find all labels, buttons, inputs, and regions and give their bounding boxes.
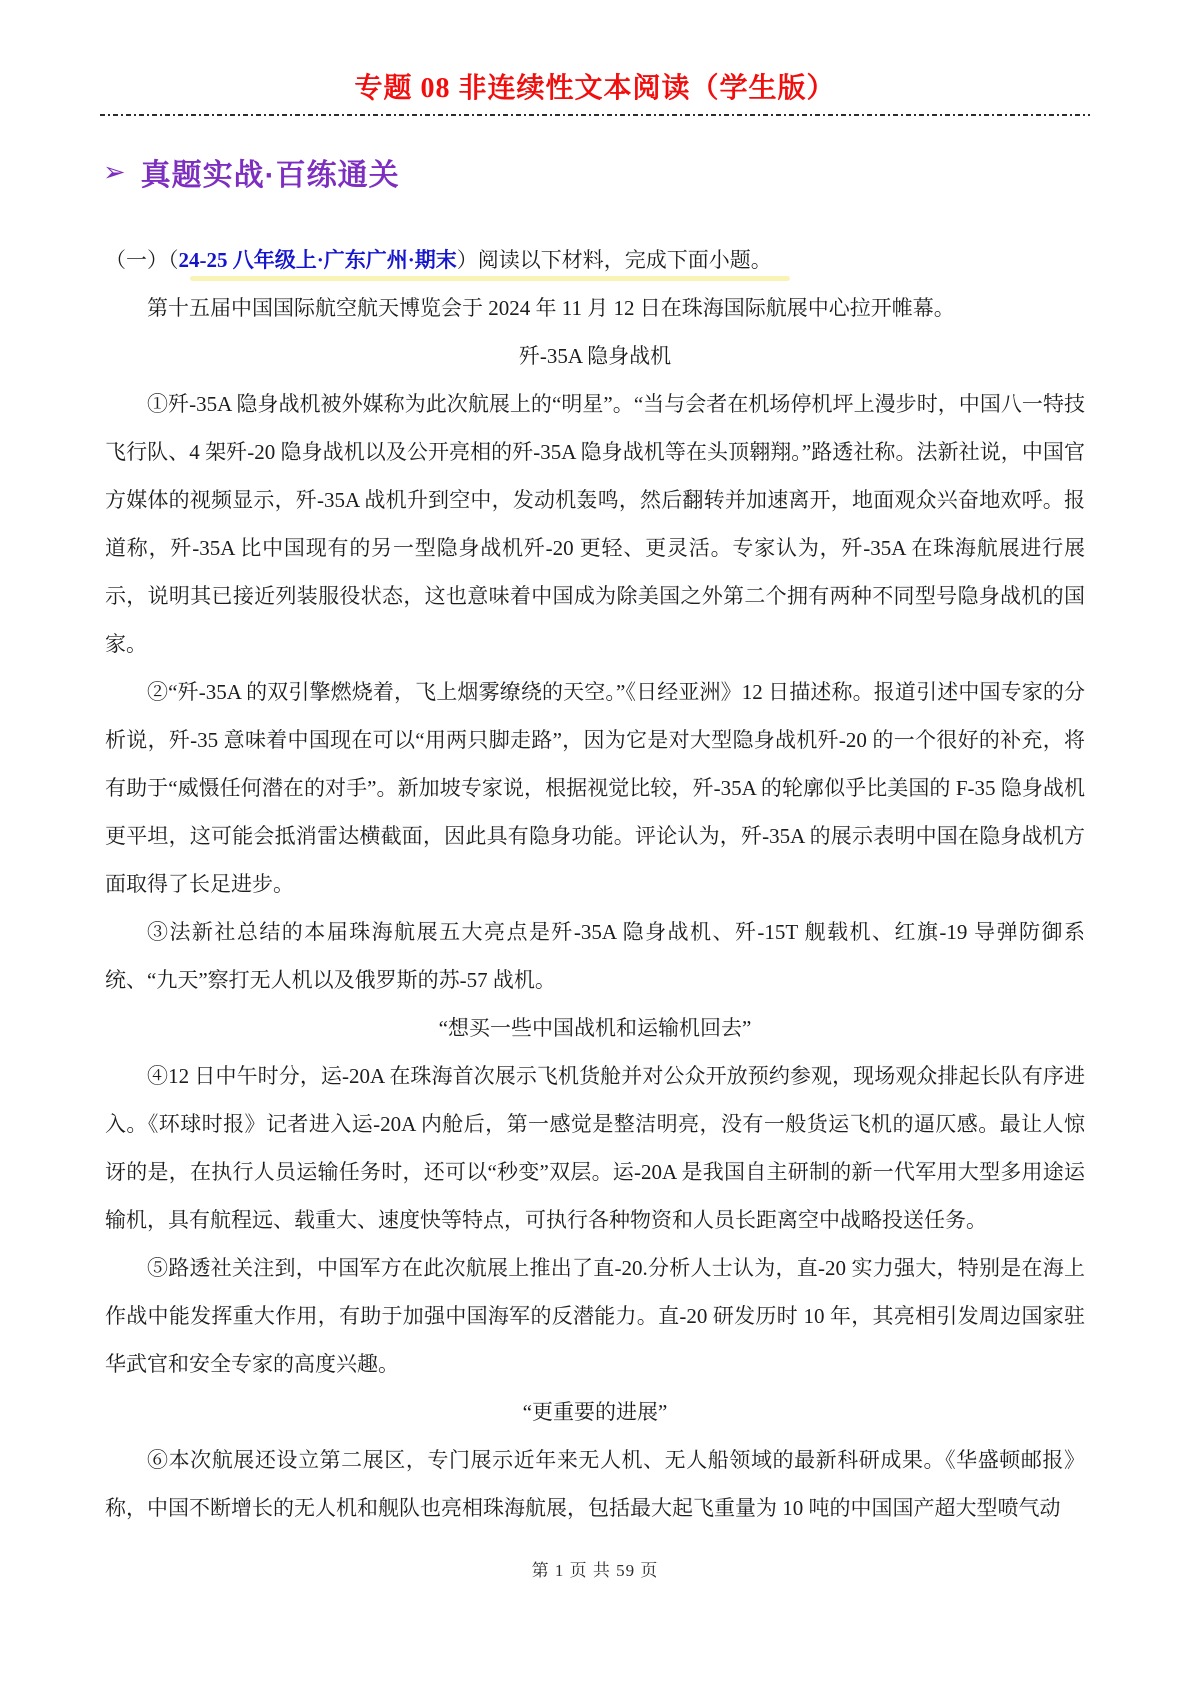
material-subtitle-3: “更重要的进展” <box>105 1388 1085 1436</box>
header-divider <box>100 114 1090 116</box>
material-paragraph-4: ④12 日中午时分，运-20A 在珠海首次展示飞机货舱并对公众开放预约参观，现场… <box>105 1052 1085 1244</box>
material-paragraph-3: ③法新社总结的本届珠海航展五大亮点是歼-35A 隐身战机、歼-15T 舰载机、红… <box>105 908 1085 1004</box>
material-subtitle-2: “想买一些中国战机和运输机回去” <box>105 1004 1085 1052</box>
open-paren: （ <box>168 248 179 272</box>
reading-material: （一）（24-25 八年级上·广东广州·期末）阅读以下材料，完成下面小题。 第十… <box>105 236 1085 1532</box>
exercise-number: （一） <box>105 248 168 272</box>
page-title: 专题 08 非连续性文本阅读（学生版） <box>0 0 1190 106</box>
intro-paragraph: 第十五届中国国际航空航天博览会于 2024 年 11 月 12 日在珠海国际航展… <box>105 284 1085 332</box>
material-paragraph-6: ⑥本次航展还设立第二展区，专门展示近年来无人机、无人船领域的最新科研成果。《华盛… <box>105 1436 1085 1532</box>
document-page: 专题 08 非连续性文本阅读（学生版） ➢ 真题实战·百练通关 （一）（24-2… <box>0 0 1190 1682</box>
material-paragraph-5: ⑤路透社关注到，中国军方在此次航展上推出了直-20.分析人士认为，直-20 实力… <box>105 1244 1085 1388</box>
exercise-instruction: 阅读以下材料，完成下面小题。 <box>478 248 772 272</box>
page-footer: 第 1 页 共 59 页 <box>0 1556 1190 1581</box>
arrow-bullet-icon: ➢ <box>103 159 126 186</box>
material-paragraph-2: ②“歼-35A 的双引擎燃烧着，飞上烟雾缭绕的天空。”《日经亚洲》12 日描述称… <box>105 668 1085 908</box>
section-heading: ➢ 真题实战·百练通关 <box>103 150 1190 194</box>
material-subtitle-1: 歼-35A 隐身战机 <box>105 332 1085 380</box>
highlight-mark <box>190 276 790 281</box>
page-number-label: 第 1 页 共 59 页 <box>532 1561 659 1580</box>
exercise-header: （一）（24-25 八年级上·广东广州·期末）阅读以下材料，完成下面小题。 <box>105 236 1085 284</box>
section-heading-label: 真题实战·百练通关 <box>141 150 400 194</box>
material-paragraph-1: ①歼-35A 隐身战机被外媒称为此次航展上的“明星”。“当与会者在机场停机坪上漫… <box>105 380 1085 668</box>
exercise-source: 24-25 八年级上·广东广州·期末 <box>179 248 457 272</box>
close-paren: ） <box>457 248 478 272</box>
